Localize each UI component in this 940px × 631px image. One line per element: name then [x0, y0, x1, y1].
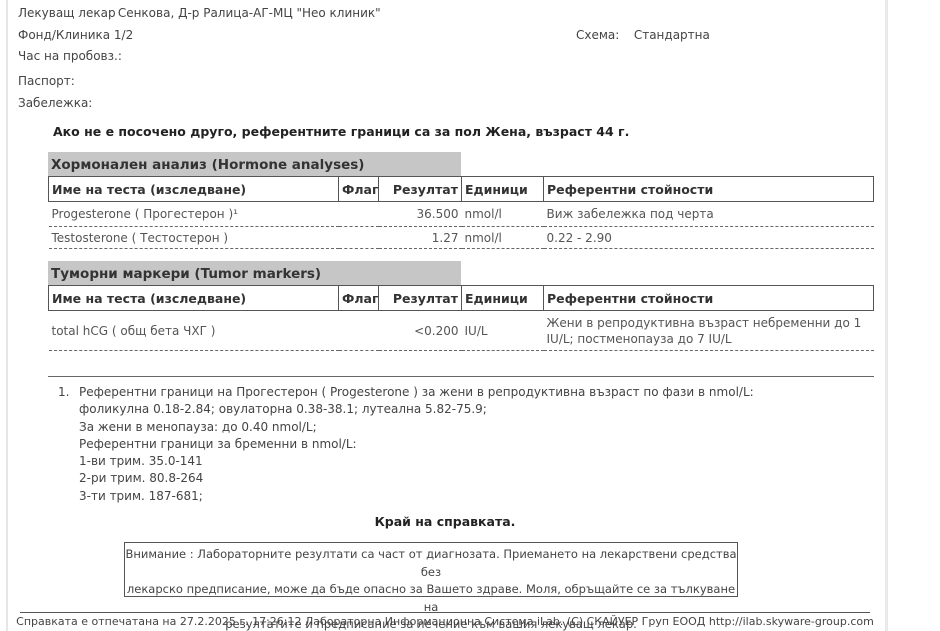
page-border-right	[885, 0, 888, 631]
warning-line: лекарско предписание, може да бъде опасн…	[125, 581, 737, 616]
col-units: Единици	[462, 177, 544, 202]
warning-box: Внимание : Лабораторните резултати са ча…	[124, 542, 738, 597]
footnote-line: 2-ри трим. 80.8-264	[79, 470, 754, 487]
table-row: Testosterone ( Тестостерон ) 1.27 nmol/l…	[49, 227, 874, 249]
test-reference: 0.22 - 2.90	[544, 227, 874, 249]
scheme-row: Схема: Стандартна	[576, 28, 710, 42]
section-title: Хормонален анализ (Hormone analyses)	[48, 152, 461, 176]
end-of-report: Край на справката.	[0, 514, 890, 529]
footnote-divider	[48, 376, 874, 377]
page-border-left	[6, 0, 8, 631]
fund-label: Фонд/Клиника 1/2	[18, 28, 133, 42]
test-name: Testosterone ( Тестостерон )	[49, 227, 339, 249]
table-header-row: Име на теста (изследване) Флаг Резултат …	[49, 177, 874, 202]
section-title: Туморни маркери (Tumor markers)	[48, 261, 461, 285]
col-reference: Референтни стойности	[544, 286, 874, 311]
sample-time-label: Час на пробовз.:	[18, 49, 122, 63]
footnote-body: Референтни граници на Прогестерон ( Prog…	[79, 384, 754, 505]
passport-row: Паспорт:	[18, 74, 75, 88]
scheme-value: Стандартна	[634, 28, 710, 42]
col-name: Име на теста (изследване)	[49, 286, 339, 311]
passport-label: Паспорт:	[18, 74, 75, 88]
test-result: 36.500	[379, 202, 462, 227]
doctor-label: Лекуващ лекар	[18, 6, 114, 20]
col-result: Резултат	[379, 286, 462, 311]
table-row: total hCG ( общ бета ЧХГ ) <0.200 IU/L Ж…	[49, 311, 874, 351]
footnote: 1. Референтни граници на Прогестерон ( P…	[58, 384, 754, 505]
test-result: 1.27	[379, 227, 462, 249]
test-flag	[339, 202, 379, 227]
results-table: Име на теста (изследване) Флаг Резултат …	[48, 176, 874, 249]
fund-row: Фонд/Клиника 1/2	[18, 28, 133, 42]
table-header-row: Име на теста (изследване) Флаг Резултат …	[49, 286, 874, 311]
test-result: <0.200	[379, 311, 462, 351]
footnote-line: Референтни граници за бременни в nmol/L:	[79, 436, 754, 453]
table-row: Progesterone ( Прогестерон )¹ 36.500 nmo…	[49, 202, 874, 227]
col-flag: Флаг	[339, 286, 379, 311]
sample-time-row: Час на пробовз.:	[18, 49, 122, 63]
doctor-row: Лекуващ лекар Сенкова, Д-р Ралица-АГ-МЦ …	[18, 6, 381, 20]
col-result: Резултат	[379, 177, 462, 202]
footnote-line: Референтни граници на Прогестерон ( Prog…	[79, 384, 754, 401]
col-units: Единици	[462, 286, 544, 311]
test-flag	[339, 311, 379, 351]
col-name: Име на теста (изследване)	[49, 177, 339, 202]
footnote-line: За жени в менопауза: до 0.40 nmol/L;	[79, 419, 754, 436]
footer-divider	[20, 612, 870, 613]
test-reference: Жени в репродуктивна възраст небременни …	[544, 311, 874, 351]
test-flag	[339, 227, 379, 249]
note-row: Забележка:	[18, 96, 92, 110]
print-footer: Справката е отпечатана на 27.2.2025 г. 1…	[0, 615, 890, 628]
test-units: IU/L	[462, 311, 544, 351]
results-table: Име на теста (изследване) Флаг Резултат …	[48, 285, 874, 351]
test-reference: Виж забележка под черта	[544, 202, 874, 227]
test-name: total hCG ( общ бета ЧХГ )	[49, 311, 339, 351]
test-units: nmol/l	[462, 227, 544, 249]
section-hormone-analyses: Хормонален анализ (Hormone analyses) Име…	[48, 152, 874, 249]
col-reference: Референтни стойности	[544, 177, 874, 202]
test-name: Progesterone ( Прогестерон )¹	[49, 202, 339, 227]
footnote-number: 1.	[58, 384, 69, 401]
warning-line: Внимание : Лабораторните резултати са ча…	[125, 546, 737, 581]
note-label: Забележка:	[18, 96, 92, 110]
footnote-line: 3-ти трим. 187-681;	[79, 488, 754, 505]
scheme-label: Схема:	[576, 28, 630, 42]
reference-intro: Ако не е посочено друго, референтните гр…	[53, 124, 629, 139]
col-flag: Флаг	[339, 177, 379, 202]
footnote-line: фоликулна 0.18-2.84; овулаторна 0.38-38.…	[79, 401, 754, 418]
test-units: nmol/l	[462, 202, 544, 227]
footnote-line: 1-ви трим. 35.0-141	[79, 453, 754, 470]
doctor-value: Сенкова, Д-р Ралица-АГ-МЦ "Нео клиник"	[118, 6, 381, 20]
section-tumor-markers: Туморни маркери (Tumor markers) Име на т…	[48, 261, 874, 351]
